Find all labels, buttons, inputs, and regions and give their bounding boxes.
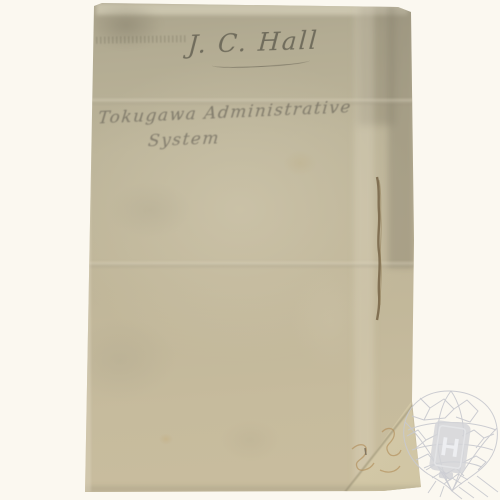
- horizontal-crease-middle: [86, 262, 414, 267]
- scanned-document-photo: J. C. Hall Tokugawa Administrative Syste…: [0, 0, 500, 500]
- signature-handwriting: J. C. Hall: [187, 26, 320, 60]
- watermark-tail-lines: [428, 476, 498, 499]
- watermark-mesh: [412, 398, 478, 422]
- left-edge-highlight: [84, 4, 91, 492]
- pencil-note-line2: System: [147, 128, 221, 151]
- paper-sheet: [0, 0, 500, 500]
- watermark-book-badge: H: [428, 420, 472, 481]
- bottom-edge-shadow: [85, 486, 421, 492]
- right-edge-shadow-band: [388, 6, 414, 268]
- watermark-letter: H: [439, 431, 462, 463]
- vertical-fold-strip: [354, 0, 374, 500]
- paper-mottling: [0, 0, 500, 500]
